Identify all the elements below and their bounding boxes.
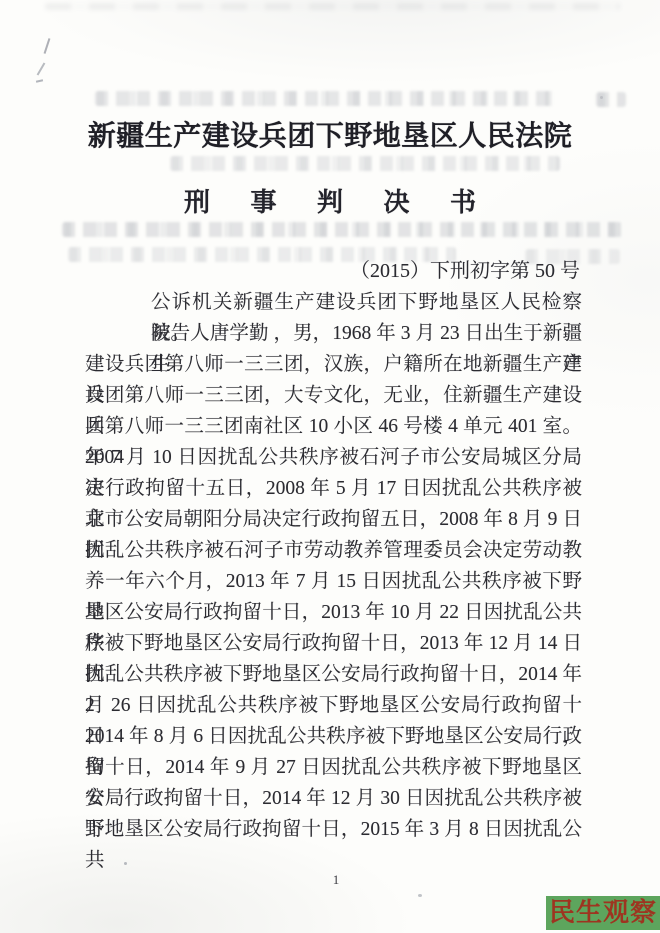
judgment-line: 垦区公安局行政拘留十日，2013 年 10 月 22 日因扰乱公共秩 [85, 597, 582, 628]
judgment-line: 月 26 日因扰乱公共秩序被下野地垦区公安局行政拘留十日， [85, 690, 582, 721]
judgment-line: 团第八师一三三团南社区 10 小区 46 号楼 4 单元 401 室。2004 [85, 411, 582, 442]
document-type-title: 刑 事 判 决 书 [0, 182, 660, 219]
scanned-judgment-page: 新疆生产建设兵团下野地垦区人民法院 刑 事 判 决 书 （2015）下刑初字第 … [0, 0, 660, 933]
document-type-text: 刑 事 判 决 书 [184, 182, 493, 219]
watermark-badge: 民生观察 [546, 896, 660, 930]
ink-speck [418, 894, 422, 897]
judgment-line: 扰乱公共秩序被下野地垦区公安局行政拘留十日，2014 年 2 [85, 659, 582, 690]
judgment-line: 序被下野地垦区公安局行政拘留十日，2013 年 12 月 14 日因 [85, 628, 582, 659]
judgment-line: 公诉机关新疆生产建设兵团下野地垦区人民检察院。 [85, 287, 582, 318]
judgment-line: 留十日，2014 年 9 月 27 日因扰乱公共秩序被下野地垦区公 [85, 752, 582, 783]
bleed-through-line [95, 91, 557, 106]
judgment-line: 京市公安局朝阳分局决定行政拘留五日，2008 年 8 月 9 日因 [85, 504, 582, 535]
court-name-title: 新疆生产建设兵团下野地垦区人民法院 [0, 114, 660, 154]
judgment-line: 定行政拘留十五日，2008 年 5 月 17 日因扰乱公共秩序被北 [85, 473, 582, 504]
pen-scribble [34, 38, 56, 90]
judgment-line: 养一年六个月，2013 年 7 月 15 日因扰乱公共秩序被下野地 [85, 566, 582, 597]
judgment-body: （2015）下刑初字第 50 号 公诉机关新疆生产建设兵团下野地垦区人民检察院。… [85, 256, 582, 845]
judgment-line: 扰乱公共秩序被石河子市劳动教养管理委员会决定劳动教 [85, 535, 582, 566]
judgment-line: 建设兵团第八师一三三团，汉族，户籍所在地新疆生产建设 [85, 349, 582, 380]
judgment-line: 被告人唐学勤 ，男，1968 年 3 月 23 日出生于新疆生产 [85, 318, 582, 349]
judgment-line: 兵团第八师一三三团，大专文化，无业，住新疆生产建设兵 [85, 380, 582, 411]
ink-speck [124, 862, 127, 865]
judgment-line: 2014 年 8 月 6 日因扰乱公共秩序被下野地垦区公安局行政拘 [85, 721, 582, 752]
judgment-line: 年 7 月 10 日因扰乱公共秩序被石河子市公安局城区分局决 [85, 442, 582, 473]
judgment-line: 野地垦区公安局行政拘留十日，2015 年 3 月 8 日因扰乱公共 [85, 814, 582, 845]
judgment-line: 安局行政拘留十日，2014 年 12 月 30 日因扰乱公共秩序被下 [85, 783, 582, 814]
bleed-through-line [170, 156, 560, 171]
ink-speck [600, 96, 603, 99]
scanner-streak [45, 3, 620, 10]
case-number: （2015）下刑初字第 50 号 [85, 256, 582, 287]
bleed-through-blob [596, 92, 626, 107]
page-number: 1 [326, 872, 346, 888]
watermark-text: 民生观察 [549, 900, 657, 926]
bleed-through-line [62, 222, 622, 237]
